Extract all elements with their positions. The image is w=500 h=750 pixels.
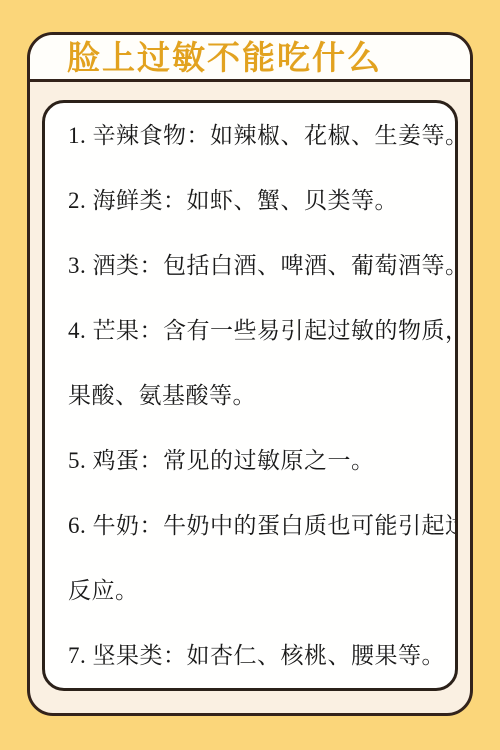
list-line: 3. 酒类：包括白酒、啤酒、葡萄酒等。 — [68, 233, 437, 298]
list-line: 1. 辛辣食物：如辣椒、花椒、生姜等。 — [68, 103, 437, 168]
list-line: 4. 芒果：含有一些易引起过敏的物质，如 — [68, 298, 437, 363]
list-line: 6. 牛奶：牛奶中的蛋白质也可能引起过敏 — [68, 493, 437, 558]
allergy-food-list: 1. 辛辣食物：如辣椒、花椒、生姜等。 2. 海鲜类：如虾、蟹、贝类等。 3. … — [42, 100, 458, 691]
page-background: 脸上过敏不能吃什么 1. 辛辣食物：如辣椒、花椒、生姜等。 2. 海鲜类：如虾、… — [0, 0, 500, 750]
list-line: 5. 鸡蛋：常见的过敏原之一。 — [68, 428, 437, 493]
list-line: 果酸、氨基酸等。 — [68, 363, 437, 428]
title-band: 脸上过敏不能吃什么 — [30, 35, 470, 82]
list-line: 反应。 — [68, 558, 437, 623]
page-title: 脸上过敏不能吃什么 — [67, 41, 382, 74]
list-line: 2. 海鲜类：如虾、蟹、贝类等。 — [68, 168, 437, 233]
list-line: 7. 坚果类：如杏仁、核桃、腰果等。 — [68, 623, 437, 688]
info-card: 脸上过敏不能吃什么 1. 辛辣食物：如辣椒、花椒、生姜等。 2. 海鲜类：如虾、… — [27, 32, 473, 716]
